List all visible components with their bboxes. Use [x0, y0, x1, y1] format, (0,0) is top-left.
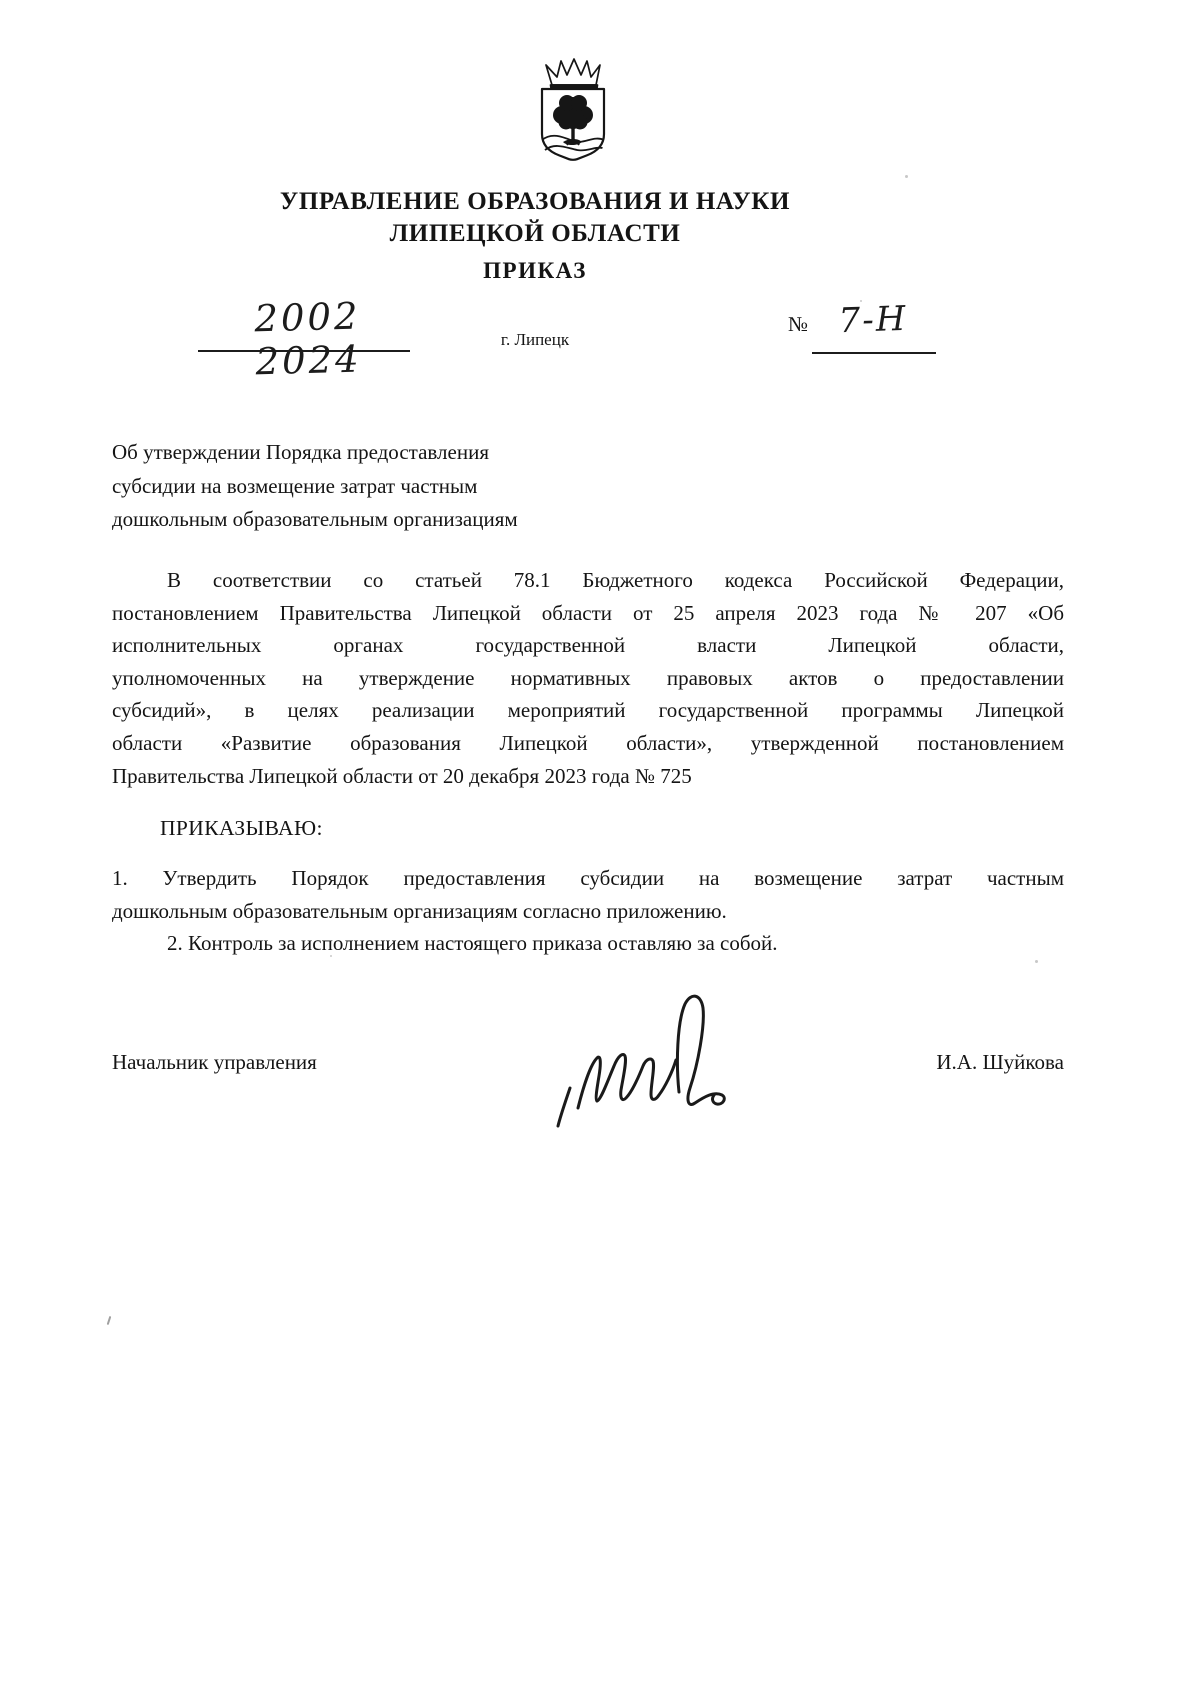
handwritten-number: 7-Н [817, 298, 928, 342]
body-line: субсидий», в целях реализации мероприяти… [112, 694, 1064, 727]
subject-line: Об утверждении Порядка предоставления [112, 436, 712, 470]
scanned-order-document: УПРАВЛЕНИЕ ОБРАЗОВАНИЯ И НАУКИ ЛИПЕЦКОЙ … [0, 0, 1200, 1689]
order-subject: Об утверждении Порядка предоставления су… [112, 436, 712, 537]
item-1-line: дошкольным образовательным организациям … [112, 895, 1064, 928]
order-verb: ПРИКАЗЫВАЮ: [160, 816, 323, 841]
signature-icon [548, 988, 748, 1130]
signer-name: И.А. Шуйкова [936, 1050, 1064, 1075]
scan-speck [1035, 960, 1038, 963]
signer-position: Начальник управления [112, 1050, 317, 1075]
scan-artifact [107, 1316, 112, 1325]
body-line: области «Развитие образования Липецкой о… [112, 727, 1064, 760]
item-1-line: 1. Утвердить Порядок предоставления субс… [112, 862, 1064, 895]
subject-line: дошкольным образовательным организациям [112, 503, 712, 537]
date-underline [198, 350, 410, 352]
city-label: г. Липецк [420, 330, 650, 350]
body-line: Правительства Липецкой области от 20 дек… [112, 760, 1064, 793]
scan-speck [860, 300, 862, 302]
org-name-line2: ЛИПЕЦКОЙ ОБЛАСТИ [0, 218, 1070, 250]
lipetsk-coat-of-arms-icon [536, 58, 610, 164]
number-label: № [788, 312, 808, 337]
order-items: 1. Утвердить Порядок предоставления субс… [112, 862, 1064, 960]
body-line: уполномоченных на утверждение нормативны… [112, 662, 1064, 695]
handwritten-date: 2002 2024 [207, 293, 409, 384]
body-line: исполнительных органах государственной в… [112, 629, 1064, 662]
org-header: УПРАВЛЕНИЕ ОБРАЗОВАНИЯ И НАУКИ ЛИПЕЦКОЙ … [0, 186, 1070, 250]
number-underline [812, 352, 936, 354]
item-2-line: 2. Контроль за исполнением настоящего пр… [112, 927, 1064, 960]
preamble-paragraph: В соответствии со статьей 78.1 Бюджетног… [112, 564, 1064, 792]
scan-speck [905, 175, 908, 178]
subject-line: субсидии на возмещение затрат частным [112, 470, 712, 504]
body-line: постановлением Правительства Липецкой об… [112, 597, 1064, 630]
body-line: В соответствии со статьей 78.1 Бюджетног… [112, 564, 1064, 597]
scan-speck [330, 955, 332, 957]
org-name-line1: УПРАВЛЕНИЕ ОБРАЗОВАНИЯ И НАУКИ [0, 186, 1070, 218]
document-type-title: ПРИКАЗ [0, 258, 1070, 284]
